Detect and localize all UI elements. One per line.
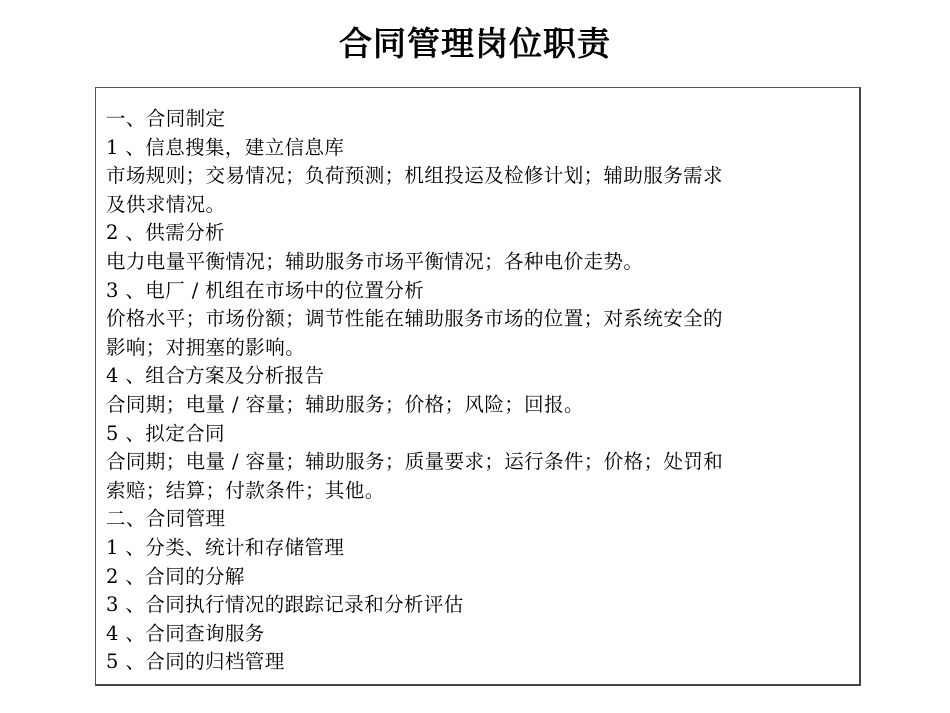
- page-title: 合同管理岗位职责: [0, 22, 950, 66]
- subsection-heading: 2 、供需分析: [106, 219, 845, 248]
- subsection-heading: 3 、电厂 / 机组在市场中的位置分析: [106, 277, 845, 306]
- body-text: 价格水平；市场份额；调节性能在辅助服务市场的位置；对系统安全的: [106, 305, 845, 334]
- list-item: 4 、合同查询服务: [106, 620, 845, 649]
- body-text: 电力电量平衡情况；辅助服务市场平衡情况；各种电价走势。: [106, 248, 845, 277]
- subsection-heading: 1 、信息搜集，建立信息库: [106, 134, 845, 163]
- content-lines: 一、合同制定 1 、信息搜集，建立信息库 市场规则；交易情况；负荷预测；机组投运…: [106, 105, 845, 677]
- list-item: 2 、合同的分解: [106, 563, 845, 592]
- body-text: 索赔；结算；付款条件；其他。: [106, 477, 845, 506]
- body-text: 市场规则；交易情况；负荷预测；机组投运及检修计划；辅助服务需求: [106, 162, 845, 191]
- body-text: 及供求情况。: [106, 191, 845, 220]
- body-text: 合同期；电量 / 容量；辅助服务；质量要求；运行条件；价格；处罚和: [106, 448, 845, 477]
- list-item: 5 、合同的归档管理: [106, 648, 845, 677]
- body-text: 合同期；电量 / 容量；辅助服务；价格；风险；回报。: [106, 391, 845, 420]
- content-box: 一、合同制定 1 、信息搜集，建立信息库 市场规则；交易情况；负荷预测；机组投运…: [95, 87, 861, 686]
- list-item: 3 、合同执行情况的跟踪记录和分析评估: [106, 591, 845, 620]
- subsection-heading: 4 、组合方案及分析报告: [106, 362, 845, 391]
- list-item: 1 、分类、统计和存储管理: [106, 534, 845, 563]
- subsection-heading: 5 、拟定合同: [106, 420, 845, 449]
- section-heading: 一、合同制定: [106, 105, 845, 134]
- body-text: 影响；对拥塞的影响。: [106, 334, 845, 363]
- section-heading: 二、合同管理: [106, 505, 845, 534]
